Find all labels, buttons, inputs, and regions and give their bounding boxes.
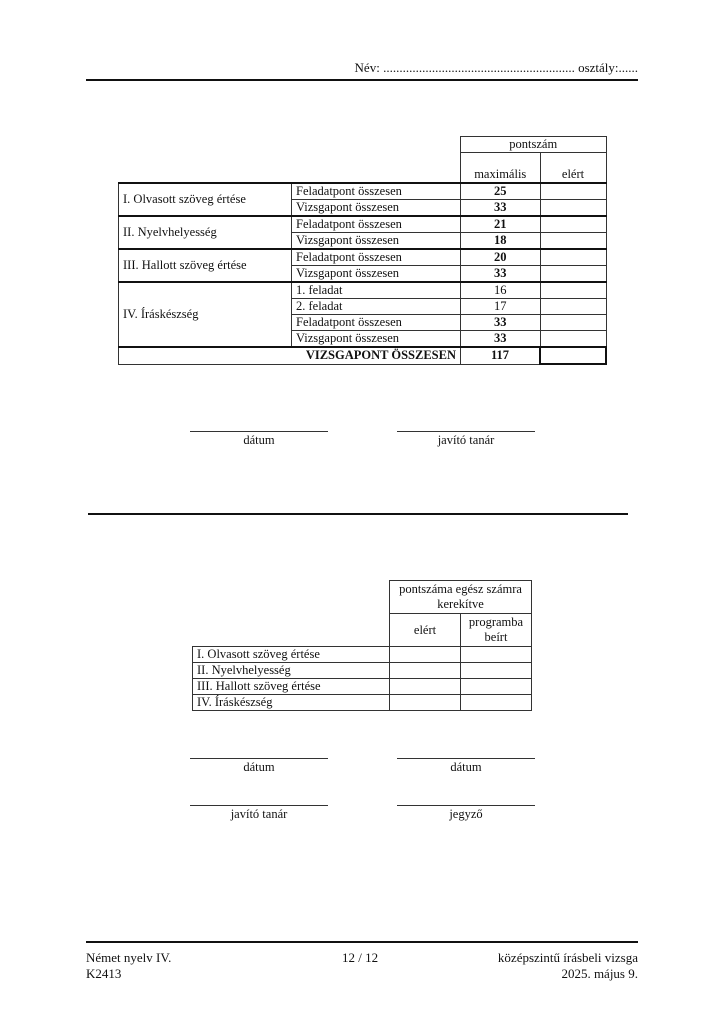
- table-row: I. Olvasott szöveg értéseFeladatpont öss…: [119, 183, 607, 200]
- row-label: IV. Íráskészség: [193, 695, 390, 711]
- header-entered: programba beírt: [461, 614, 532, 647]
- achieved-rounded-input[interactable]: [390, 663, 461, 679]
- notary-signature-line[interactable]: [397, 805, 535, 806]
- teacher-label: javító tanár: [397, 433, 535, 448]
- achieved-rounded-input[interactable]: [390, 695, 461, 711]
- total-achieved-input[interactable]: [540, 347, 606, 364]
- notary-label: jegyző: [397, 807, 535, 822]
- achieved-rounded-input[interactable]: [390, 679, 461, 695]
- footer-subject: Német nyelv IV.: [86, 950, 171, 966]
- name-field[interactable]: ........................................…: [383, 60, 575, 75]
- row-label: II. Nyelvhelyesség: [193, 663, 390, 679]
- header-rounded: pontszáma egész számra kerekítve: [390, 581, 532, 614]
- blank-cell: [292, 137, 461, 153]
- header-achieved: elért: [540, 153, 606, 184]
- date-label: dátum: [190, 433, 328, 448]
- total-max: 117: [461, 347, 541, 364]
- teacher-signature-line[interactable]: [190, 805, 328, 806]
- row-label: I. Olvasott szöveg értése: [193, 647, 390, 663]
- row-label: Feladatpont összesen: [292, 249, 461, 266]
- date-signature-line[interactable]: [190, 431, 328, 432]
- header-max: maximális: [461, 153, 541, 184]
- table-row: IV. Íráskészség1. feladat16: [119, 282, 607, 299]
- achieved-rounded-input[interactable]: [390, 647, 461, 663]
- row-label: Vizsgapont összesen: [292, 233, 461, 250]
- score-table: pontszám maximális elért I. Olvasott szö…: [118, 136, 607, 365]
- achieved-score-input[interactable]: [540, 216, 606, 233]
- section-title: III. Hallott szöveg értése: [119, 249, 292, 282]
- header-achieved: elért: [390, 614, 461, 647]
- blank-cell: [119, 153, 292, 184]
- max-score: 20: [461, 249, 541, 266]
- teacher-signature-line[interactable]: [397, 431, 535, 432]
- achieved-score-input[interactable]: [540, 200, 606, 217]
- table-row: II. NyelvhelyességFeladatpont összesen21: [119, 216, 607, 233]
- table-row: IV. Íráskészség: [193, 695, 532, 711]
- entered-input[interactable]: [461, 679, 532, 695]
- achieved-score-input[interactable]: [540, 233, 606, 250]
- table-row: III. Hallott szöveg értéseFeladatpont ös…: [119, 249, 607, 266]
- table-row: I. Olvasott szöveg értése: [193, 647, 532, 663]
- max-score: 33: [461, 266, 541, 283]
- achieved-score-input[interactable]: [540, 299, 606, 315]
- max-score: 33: [461, 315, 541, 331]
- row-label: Vizsgapont összesen: [292, 266, 461, 283]
- row-label: Vizsgapont összesen: [292, 331, 461, 348]
- footer-code: K2413: [86, 966, 121, 982]
- footer-page: 12 / 12: [342, 950, 378, 966]
- header-rule: [86, 79, 638, 81]
- table-row: III. Hallott szöveg értése: [193, 679, 532, 695]
- footer-exam-type: középszintű írásbeli vizsga: [498, 950, 638, 966]
- row-label: Feladatpont összesen: [292, 183, 461, 200]
- max-score: 33: [461, 200, 541, 217]
- blank-cell: [193, 614, 390, 647]
- section-title: I. Olvasott szöveg értése: [119, 183, 292, 216]
- name-label: Név:: [355, 60, 380, 75]
- section-title: IV. Íráskészség: [119, 282, 292, 347]
- table-row: II. Nyelvhelyesség: [193, 663, 532, 679]
- total-label: VIZSGAPONT ÖSSZESEN: [119, 347, 461, 364]
- teacher-label: javító tanár: [190, 807, 328, 822]
- blank-cell: [119, 137, 292, 153]
- row-label: Vizsgapont összesen: [292, 200, 461, 217]
- row-label: 1. feladat: [292, 282, 461, 299]
- max-score: 33: [461, 331, 541, 348]
- row-label: III. Hallott szöveg értése: [193, 679, 390, 695]
- date-signature-line-right[interactable]: [397, 758, 535, 759]
- header-pontszam: pontszám: [461, 137, 607, 153]
- achieved-score-input[interactable]: [540, 315, 606, 331]
- row-label: Feladatpont összesen: [292, 315, 461, 331]
- date-label-left: dátum: [190, 760, 328, 775]
- date-label-right: dátum: [397, 760, 535, 775]
- max-score: 17: [461, 299, 541, 315]
- max-score: 21: [461, 216, 541, 233]
- footer-rule: [86, 941, 638, 943]
- header-name-class: Név: ...................................…: [355, 60, 638, 76]
- entered-input[interactable]: [461, 695, 532, 711]
- max-score: 18: [461, 233, 541, 250]
- entered-input[interactable]: [461, 663, 532, 679]
- section-separator: [88, 513, 628, 515]
- blank-cell: [292, 153, 461, 184]
- date-signature-line-left[interactable]: [190, 758, 328, 759]
- max-score: 16: [461, 282, 541, 299]
- footer-date: 2025. május 9.: [561, 966, 638, 982]
- achieved-score-input[interactable]: [540, 183, 606, 200]
- class-field[interactable]: osztály:......: [578, 60, 638, 75]
- row-label: Feladatpont összesen: [292, 216, 461, 233]
- row-label: 2. feladat: [292, 299, 461, 315]
- blank-cell: [193, 581, 390, 614]
- max-score: 25: [461, 183, 541, 200]
- achieved-score-input[interactable]: [540, 249, 606, 266]
- entered-input[interactable]: [461, 647, 532, 663]
- section-title: II. Nyelvhelyesség: [119, 216, 292, 249]
- achieved-score-input[interactable]: [540, 266, 606, 283]
- achieved-score-input[interactable]: [540, 331, 606, 348]
- rounded-score-table: pontszáma egész számra kerekítve elért p…: [192, 580, 532, 711]
- achieved-score-input[interactable]: [540, 282, 606, 299]
